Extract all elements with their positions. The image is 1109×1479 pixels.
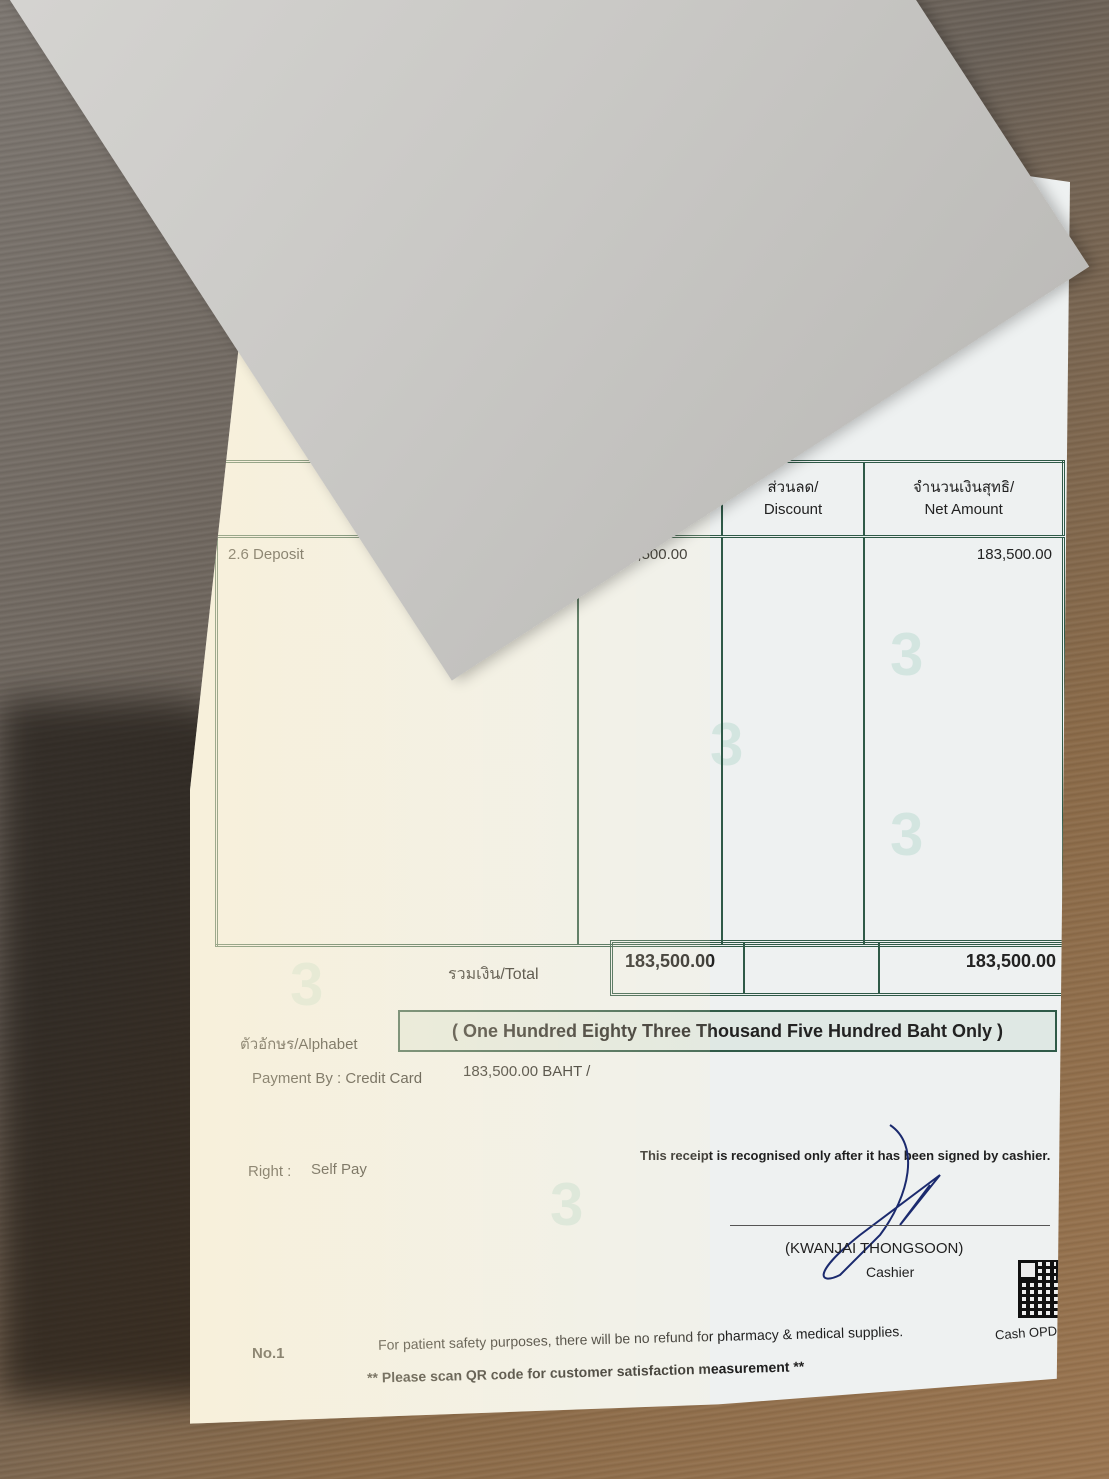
table-row: 2.6 Deposit 183,500.00 183,500.00 [217,537,1064,946]
total-label: รวมเงิน/Total [448,962,539,987]
signature-scribble [780,1115,980,1285]
qr-notice: ** Please scan QR code for customer sati… [367,1358,805,1385]
total-net: 183,500.00 [878,943,1068,993]
cashier-name: (KWANJAI THONGSOON) [785,1240,963,1257]
total-discount [743,943,877,993]
qr-code-icon[interactable] [1018,1260,1076,1318]
total-amount: 183,500.00 [613,943,743,993]
right-label: Right : [248,1163,291,1180]
payment-value: 183,500.00 BAHT / [463,1063,590,1080]
alphabet-label: ตัวอักษร/Alphabet [240,1032,358,1056]
counter-label: Cash OPD 2 [995,1322,1069,1342]
right-value: Self Pay [311,1161,367,1178]
refund-notice: For patient safety purposes, there will … [378,1323,904,1353]
header-net-amount: จำนวนเงินสุทธิ/Net Amount [864,462,1063,537]
watermark-mark: 3 [550,1170,583,1239]
alphabet-value: ( One Hundred Eighty Three Thousand Five… [398,1010,1057,1052]
row-amount: 183,500.00 [578,537,722,946]
row-discount [722,537,865,946]
row-net-amount: 183,500.00 [864,537,1063,946]
watermark-mark: 3 [290,950,323,1019]
payment-label: Payment By : Credit Card [252,1070,422,1087]
copy-number: No.1 [252,1345,285,1362]
signature-line [730,1225,1050,1226]
total-box: 183,500.00 183,500.00 [610,940,1071,996]
cashier-title: Cashier [866,1264,914,1280]
